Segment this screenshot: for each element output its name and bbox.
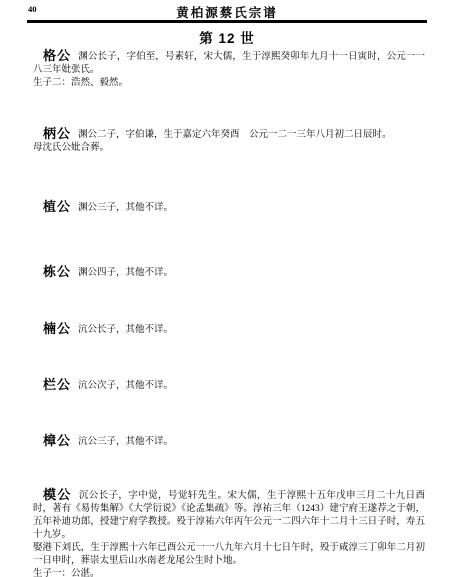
entry-paragraph: 植公渊公三子，其他不详。 bbox=[33, 200, 425, 215]
entry-text: 沆公长子，其他不详。 bbox=[78, 325, 173, 335]
entry-name: 栋公 bbox=[43, 264, 71, 279]
genealogy-entry: 植公渊公三子，其他不详。 bbox=[33, 200, 425, 215]
genealogy-entry: 栋公渊公四子，其他不详。 bbox=[33, 265, 425, 280]
entry-spouse-line: 娶港下刘氏，生于淳熙十六年已酉公元一一八九年六月十七日午时，殁于咸淳三丁卯年二月… bbox=[33, 542, 425, 568]
genealogy-entry: 柄公渊公二子，字伯谦，生于嘉定六年癸酉 公元一二一三年八月初二日辰时。 母沈氏公… bbox=[33, 127, 425, 155]
entry-text: 渊公四子，其他不详。 bbox=[78, 268, 173, 278]
entry-text: 渊公三子，其他不详。 bbox=[78, 203, 173, 213]
entry-name: 模公 bbox=[43, 487, 72, 502]
entry-name: 植公 bbox=[43, 199, 71, 214]
genealogy-entry: 樟公沆公三子，其他不详。 bbox=[33, 434, 425, 449]
page-number: 40 bbox=[28, 4, 37, 14]
entry-name: 樟公 bbox=[43, 433, 71, 448]
entry-paragraph: 栋公渊公四子，其他不详。 bbox=[33, 265, 425, 280]
genealogy-entry: 栏公沆公次子，其他不详。 bbox=[33, 378, 425, 393]
genealogy-entry: 格公渊公长子，字伯至，号素轩，宋大儒，生于淳熙癸卯年九月十一日寅时，公元一一八三… bbox=[33, 49, 425, 90]
page-header: 40 黄柏源蔡氏宗谱 bbox=[0, 0, 454, 19]
entry-text: 渊公二子，字伯谦，生于嘉定六年癸酉 公元一二一三年八月初二日辰时。 bbox=[78, 130, 392, 140]
entry-text: 沆公三子，其他不详。 bbox=[78, 437, 173, 447]
generation-heading: 第 12 世 bbox=[0, 27, 454, 47]
entry-text: 沉公长子，字中觉，号觉轩先生。宋大儒，生于淳熙十五年戊申三月二十九日酉时，著有《… bbox=[33, 491, 425, 540]
entry-paragraph: 模公沉公长子，字中觉，号觉轩先生。宋大儒，生于淳熙十五年戊申三月二十九日酉时，著… bbox=[33, 488, 425, 542]
genealogy-entry: 楠公沆公长子，其他不详。 bbox=[33, 322, 425, 337]
entry-text: 沆公次子，其他不详。 bbox=[78, 381, 173, 391]
page-content: 格公渊公长子，字伯至，号素轩，宋大儒，生于淳熙癸卯年九月十一日寅时，公元一一八三… bbox=[33, 49, 425, 577]
entry-paragraph: 格公渊公长子，字伯至，号素轩，宋大儒，生于淳熙癸卯年九月十一日寅时，公元一一八三… bbox=[33, 49, 425, 77]
entry-text: 渊公长子，字伯至，号素轩，宋大儒，生于淳熙癸卯年九月十一日寅时，公元一一八三年妣… bbox=[33, 52, 425, 75]
entry-paragraph: 楠公沆公长子，其他不详。 bbox=[33, 322, 425, 337]
entry-name: 楠公 bbox=[43, 321, 71, 336]
entry-name: 格公 bbox=[43, 48, 71, 63]
genealogy-page: 40 黄柏源蔡氏宗谱 第 12 世 格公渊公长子，字伯至，号素轩，宋大儒，生于淳… bbox=[0, 0, 454, 577]
entry-paragraph: 樟公沆公三子，其他不详。 bbox=[33, 434, 425, 449]
entry-children-line: 生子一：公湛。 bbox=[33, 568, 425, 577]
entry-paragraph: 栏公沆公次子，其他不详。 bbox=[33, 378, 425, 393]
entry-name: 柄公 bbox=[43, 126, 71, 141]
entry-children-line: 母沈氏公妣合葬。 bbox=[33, 142, 425, 155]
genealogy-entry: 模公沉公长子，字中觉，号觉轩先生。宋大儒，生于淳熙十五年戊申三月二十九日酉时，著… bbox=[33, 488, 425, 577]
book-title: 黄柏源蔡氏宗谱 bbox=[0, 3, 454, 21]
entry-paragraph: 柄公渊公二子，字伯谦，生于嘉定六年癸酉 公元一二一三年八月初二日辰时。 bbox=[33, 127, 425, 142]
entry-name: 栏公 bbox=[43, 377, 71, 392]
entry-children-line: 生子二：浩然、毅然。 bbox=[33, 77, 425, 90]
